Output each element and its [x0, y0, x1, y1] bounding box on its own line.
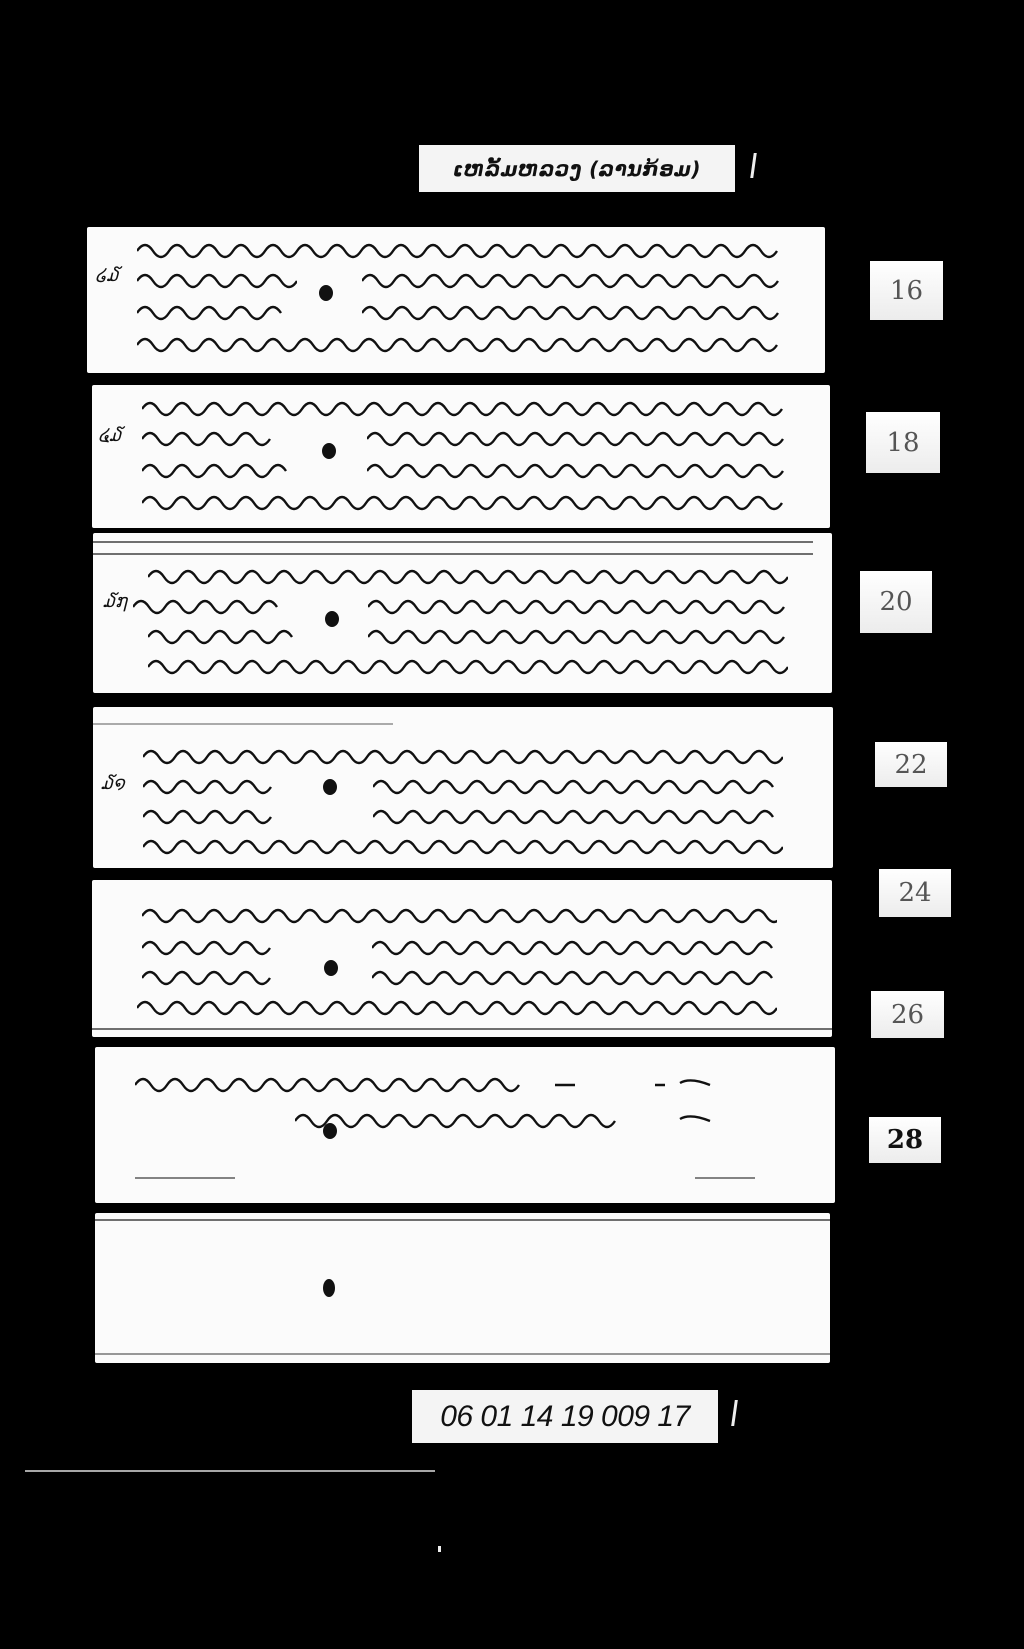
- leaf-number: 24: [898, 878, 931, 908]
- string-hole: [323, 1123, 337, 1139]
- script-line: [143, 803, 283, 825]
- edge-line: [93, 553, 813, 555]
- leaf-number: 28: [887, 1125, 923, 1155]
- script-line: [142, 425, 282, 447]
- margin-mark: ໓໗: [103, 591, 127, 612]
- leaf-number-tag: 26: [871, 991, 944, 1038]
- margin-mark: ໓໑: [101, 773, 125, 794]
- edge-line: [135, 1177, 235, 1179]
- string-hole: [325, 611, 339, 627]
- script-line: [137, 237, 787, 259]
- script-line: [295, 1107, 725, 1129]
- palm-leaf-26: [95, 1047, 835, 1203]
- scan-artifact-dot: [438, 1546, 441, 1552]
- script-line: [142, 934, 282, 956]
- palm-leaf-18: ໔໓: [92, 385, 830, 528]
- script-line: [143, 773, 283, 795]
- script-line: [372, 964, 777, 986]
- palm-leaf-28: [95, 1213, 830, 1363]
- leaf-number-tag: 20: [860, 571, 932, 633]
- script-line: [367, 425, 787, 447]
- script-line: [148, 623, 298, 645]
- edge-line: [95, 1219, 830, 1221]
- manuscript-title: ເຫລັ້ມຫລວງ (ລານກ້ອມ): [453, 157, 701, 181]
- leaf-number: 26: [891, 1000, 924, 1030]
- manuscript-title-label: ເຫລັ້ມຫລວງ (ລານກ້ອມ): [419, 145, 735, 192]
- palm-leaf-24: [92, 880, 832, 1037]
- script-line: [368, 623, 788, 645]
- script-line: [137, 299, 287, 321]
- document-id-label: 06 01 14 19 009 17: [412, 1390, 718, 1443]
- script-line: [133, 593, 283, 615]
- string-hole: [323, 1279, 335, 1297]
- script-line: [143, 743, 783, 765]
- slash-mark: [750, 153, 757, 178]
- script-line: [137, 267, 297, 289]
- script-line: [372, 934, 777, 956]
- document-id: 06 01 14 19 009 17: [440, 1400, 690, 1434]
- leaf-number: 18: [886, 428, 919, 458]
- leaf-number-tag: 22: [875, 742, 947, 787]
- edge-line: [92, 1028, 832, 1030]
- script-line: [362, 299, 787, 321]
- leaf-number: 22: [894, 750, 927, 780]
- string-hole: [324, 960, 338, 976]
- leaf-number-tag: 28: [869, 1117, 941, 1163]
- script-line: [142, 964, 282, 986]
- margin-mark: ໒໓: [95, 265, 119, 286]
- script-line: [373, 773, 778, 795]
- edge-line: [95, 1353, 830, 1355]
- script-line: [137, 994, 777, 1016]
- edge-line: [695, 1177, 755, 1179]
- slash-mark: [731, 1400, 738, 1426]
- edge-line: [93, 723, 393, 725]
- string-hole: [319, 285, 333, 301]
- script-line: [362, 267, 787, 289]
- string-hole: [322, 443, 336, 459]
- palm-leaf-22: ໓໑: [93, 707, 833, 868]
- leaf-number-tag: 24: [879, 869, 951, 917]
- script-line: [373, 803, 778, 825]
- script-line: [135, 1071, 725, 1093]
- margin-mark: ໔໓: [98, 425, 121, 446]
- script-line: [143, 833, 783, 855]
- leaf-number-tag: 16: [870, 261, 943, 320]
- script-line: [137, 331, 787, 353]
- script-line: [148, 563, 788, 585]
- script-line: [367, 457, 787, 479]
- script-line: [368, 593, 788, 615]
- edge-line: [93, 541, 813, 543]
- string-hole: [323, 779, 337, 795]
- script-line: [142, 902, 777, 924]
- scan-artifact-line: [25, 1470, 435, 1472]
- palm-leaf-16: ໒໓: [87, 227, 825, 373]
- script-line: [142, 489, 792, 511]
- leaf-number: 16: [890, 276, 923, 306]
- script-line: [148, 653, 788, 675]
- script-line: [142, 395, 792, 417]
- script-line: [142, 457, 287, 479]
- leaf-number-tag: 18: [866, 412, 940, 473]
- palm-leaf-20: ໓໗: [93, 533, 832, 693]
- leaf-number: 20: [879, 587, 912, 617]
